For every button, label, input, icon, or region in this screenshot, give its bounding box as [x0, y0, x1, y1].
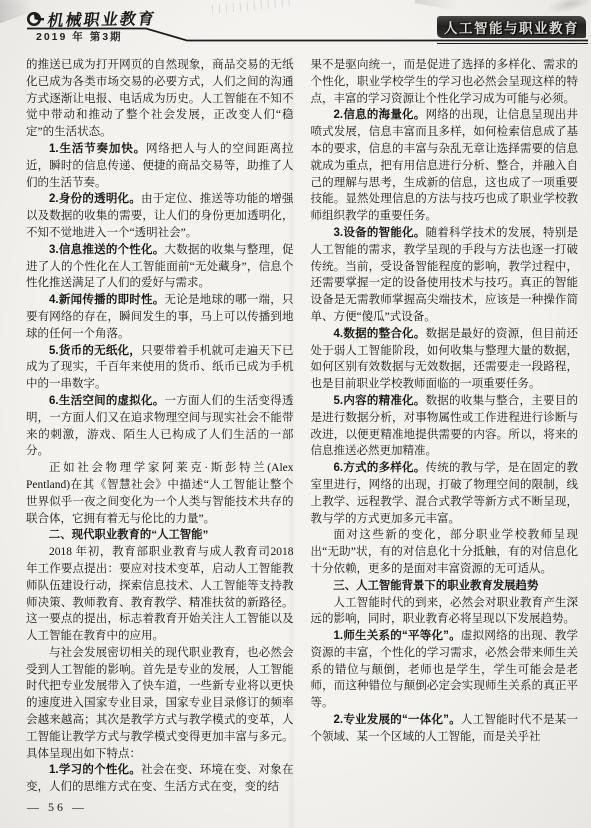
paragraph: 2.专业发展的“一体化”。人工智能时代不是某一个领域、某一个区域的人工智能，而是…: [311, 712, 579, 746]
paragraph: 4.新闻传播的即时性。无论是地球的哪一端，只要有网络的存在，瞬间发生的事，马上可…: [26, 292, 294, 342]
paragraph: 正如社会物理学家阿莱克·斯彭特兰(Alex Pentland)在其《智慧社会》中…: [26, 460, 294, 527]
paragraph: 果不是驱向统一，而是促进了选择的多样化、需求的个性化，职业学校学生的学习也必然会…: [311, 57, 579, 107]
scanned-journal-page: { "header": { "journal_name": "机械职业教育", …: [0, 0, 591, 828]
paragraph: 1.学习的个性化。社会在变、环境在变、对象在变，人们的思维方式在变、生活方式在变…: [26, 762, 294, 796]
paragraph-lead: 1.师生关系的“平等化”。: [334, 630, 461, 642]
left-column: 的推送已成为打开网页的自然现象，商品交易的无纸化已成为各类市场交易的必要方式，人…: [26, 57, 294, 796]
paragraph: 面对这些新的变化，部分职业学校教师呈现出“无助”状，有的对信息化十分抵触，有的对…: [311, 527, 579, 577]
paragraph: 与社会发展密切相关的现代职业教育，也必然会受到人工智能的影响。首先是专业的发展，…: [26, 645, 294, 763]
issue-info: 2019 年 第3期: [36, 29, 123, 44]
paragraph-lead: 2.身份的透明化。: [49, 193, 141, 205]
paragraph-lead: 1.生活节奏加快。: [49, 143, 146, 155]
section-heading: 三、人工智能背景下的职业教育发展趋势: [311, 578, 579, 595]
paragraph-lead: 3.设备的智能化。: [334, 227, 426, 239]
article-body: 的推送已成为打开网页的自然现象，商品交易的无纸化已成为各类市场交易的必要方式，人…: [0, 57, 591, 796]
paragraph-text: 正如社会物理学家阿莱克·斯彭特兰(Alex Pentland)在其《智慧社会》中…: [26, 462, 294, 524]
paragraph-text: 人工智能时代的到来，必然会对职业教育产生深远的影响，同时，职业教育必将呈现以下发…: [311, 597, 579, 626]
paragraph-lead: 2.专业发展的“一体化”。: [334, 714, 461, 726]
paragraph-text: 随着科学技术的发展，特别是人工智能的需求，教学呈现的手段与方法也逐一打破传统。当…: [311, 227, 579, 323]
paragraph: 6.生活空间的虚拟化。一方面人们的生活变得透明，一方面人们又在追求物理空间与现实…: [26, 393, 294, 460]
paragraph-lead: 5.货币的无纸化，: [49, 345, 141, 357]
paragraph: 4.数据的整合化。数据是最好的资源，但目前还处于弱人工智能阶段，如何收集与整理大…: [311, 326, 579, 393]
paragraph: 的推送已成为打开网页的自然现象，商品交易的无纸化已成为各类市场交易的必要方式，人…: [26, 57, 294, 141]
paragraph-lead: 4.数据的整合化。: [334, 328, 426, 340]
paragraph: 2018 年初，教育部职业教育与成人教育司2018 年工作要点提出：要应对技术变…: [26, 544, 294, 645]
section-heading: 二、现代职业教育的“人工智能”: [26, 527, 294, 544]
paragraph: 1.师生关系的“平等化”。虚拟网络的出现、教学资源的丰富，个性化的学习需求，必然…: [311, 628, 579, 712]
paragraph: 2.身份的透明化。由于定位、推送等功能的增强以及数据的收集的需要，让人们的身份更…: [26, 191, 294, 241]
paragraph: 2.信息的海量化。网络的出现，让信息呈现出井喷式发展，信息丰富而且多样，如何检索…: [311, 107, 579, 225]
paragraph-text: 网络的出现，让信息呈现出井喷式发展，信息丰富而且多样，如何检索信息成了基本的要求…: [311, 109, 579, 222]
journal-name: 机械职业教育: [46, 6, 158, 31]
paragraph-lead: 6.方式的多样化。: [334, 462, 426, 474]
paragraph-text: 与社会发展密切相关的现代职业教育，也必然会受到人工智能的影响。首先是专业的发展，…: [26, 647, 294, 760]
paragraph-lead: 1.学习的个性化。: [49, 764, 141, 776]
paragraph: 1.生活节奏加快。网络把人与人的空间距离拉近，瞬时的信息传递、便捷的商品交易等，…: [26, 141, 294, 191]
paragraph-text: 2018 年初，教育部职业教育与成人教育司2018 年工作要点提出：要应对技术变…: [26, 546, 294, 642]
paragraph-lead: 3.信息推送的个性化。: [49, 244, 165, 256]
paragraph-text: 面对这些新的变化，部分职业学校教师呈现出“无助”状，有的对信息化十分抵触，有的对…: [311, 529, 579, 575]
right-column: 果不是驱向统一，而是促进了选择的多样化、需求的个性化，职业学校学生的学习也必然会…: [311, 57, 579, 796]
page-number: — 56 —: [27, 800, 87, 815]
paragraph: 3.信息推送的个性化。大数据的收集与整理，促进了人的个性化在人工智能面前“无处藏…: [26, 242, 294, 292]
paragraph-text: 三、人工智能背景下的职业教育发展趋势: [333, 580, 538, 592]
paragraph-lead: 4.新闻传播的即时性。: [49, 294, 165, 306]
paragraph: 3.设备的智能化。随着科学技术的发展，特别是人工智能的需求，教学呈现的手段与方法…: [311, 225, 579, 326]
paragraph-text: 果不是驱向统一，而是促进了选择的多样化、需求的个性化，职业学校学生的学习也必然会…: [311, 59, 579, 105]
paragraph-text: 二、现代职业教育的“人工智能”: [49, 529, 208, 541]
journal-gear-icon: [26, 10, 44, 28]
paragraph-lead: 6.生活空间的虚拟化。: [49, 395, 165, 407]
paragraph: 5.货币的无纸化，只要带着手机就可走遍天下已成为了现实，千百年来使用的货币、纸币…: [26, 343, 294, 393]
paragraph-lead: 2.信息的海量化。: [334, 109, 426, 121]
paragraph: 人工智能时代的到来，必然会对职业教育产生深远的影响，同时，职业教育必将呈现以下发…: [311, 595, 579, 629]
column-banner: 人工智能与职业教育: [437, 16, 586, 38]
paragraph: 6.方式的多样化。传统的教与学，是在固定的教室里进行，网络的出现，打破了物理空间…: [311, 460, 579, 527]
journal-logo: 机械职业教育: [26, 7, 156, 30]
paragraph: 5.内容的精准化。数据的收集与整合，主要目的是进行数据分析，对事物属性或工作进程…: [311, 393, 579, 460]
page-header: 机械职业教育 2019 年 第3期 人工智能与职业教育: [0, 0, 591, 52]
paragraph-text: 的推送已成为打开网页的自然现象，商品交易的无纸化已成为各类市场交易的必要方式，人…: [26, 59, 294, 138]
paragraph-lead: 5.内容的精准化。: [334, 395, 426, 407]
